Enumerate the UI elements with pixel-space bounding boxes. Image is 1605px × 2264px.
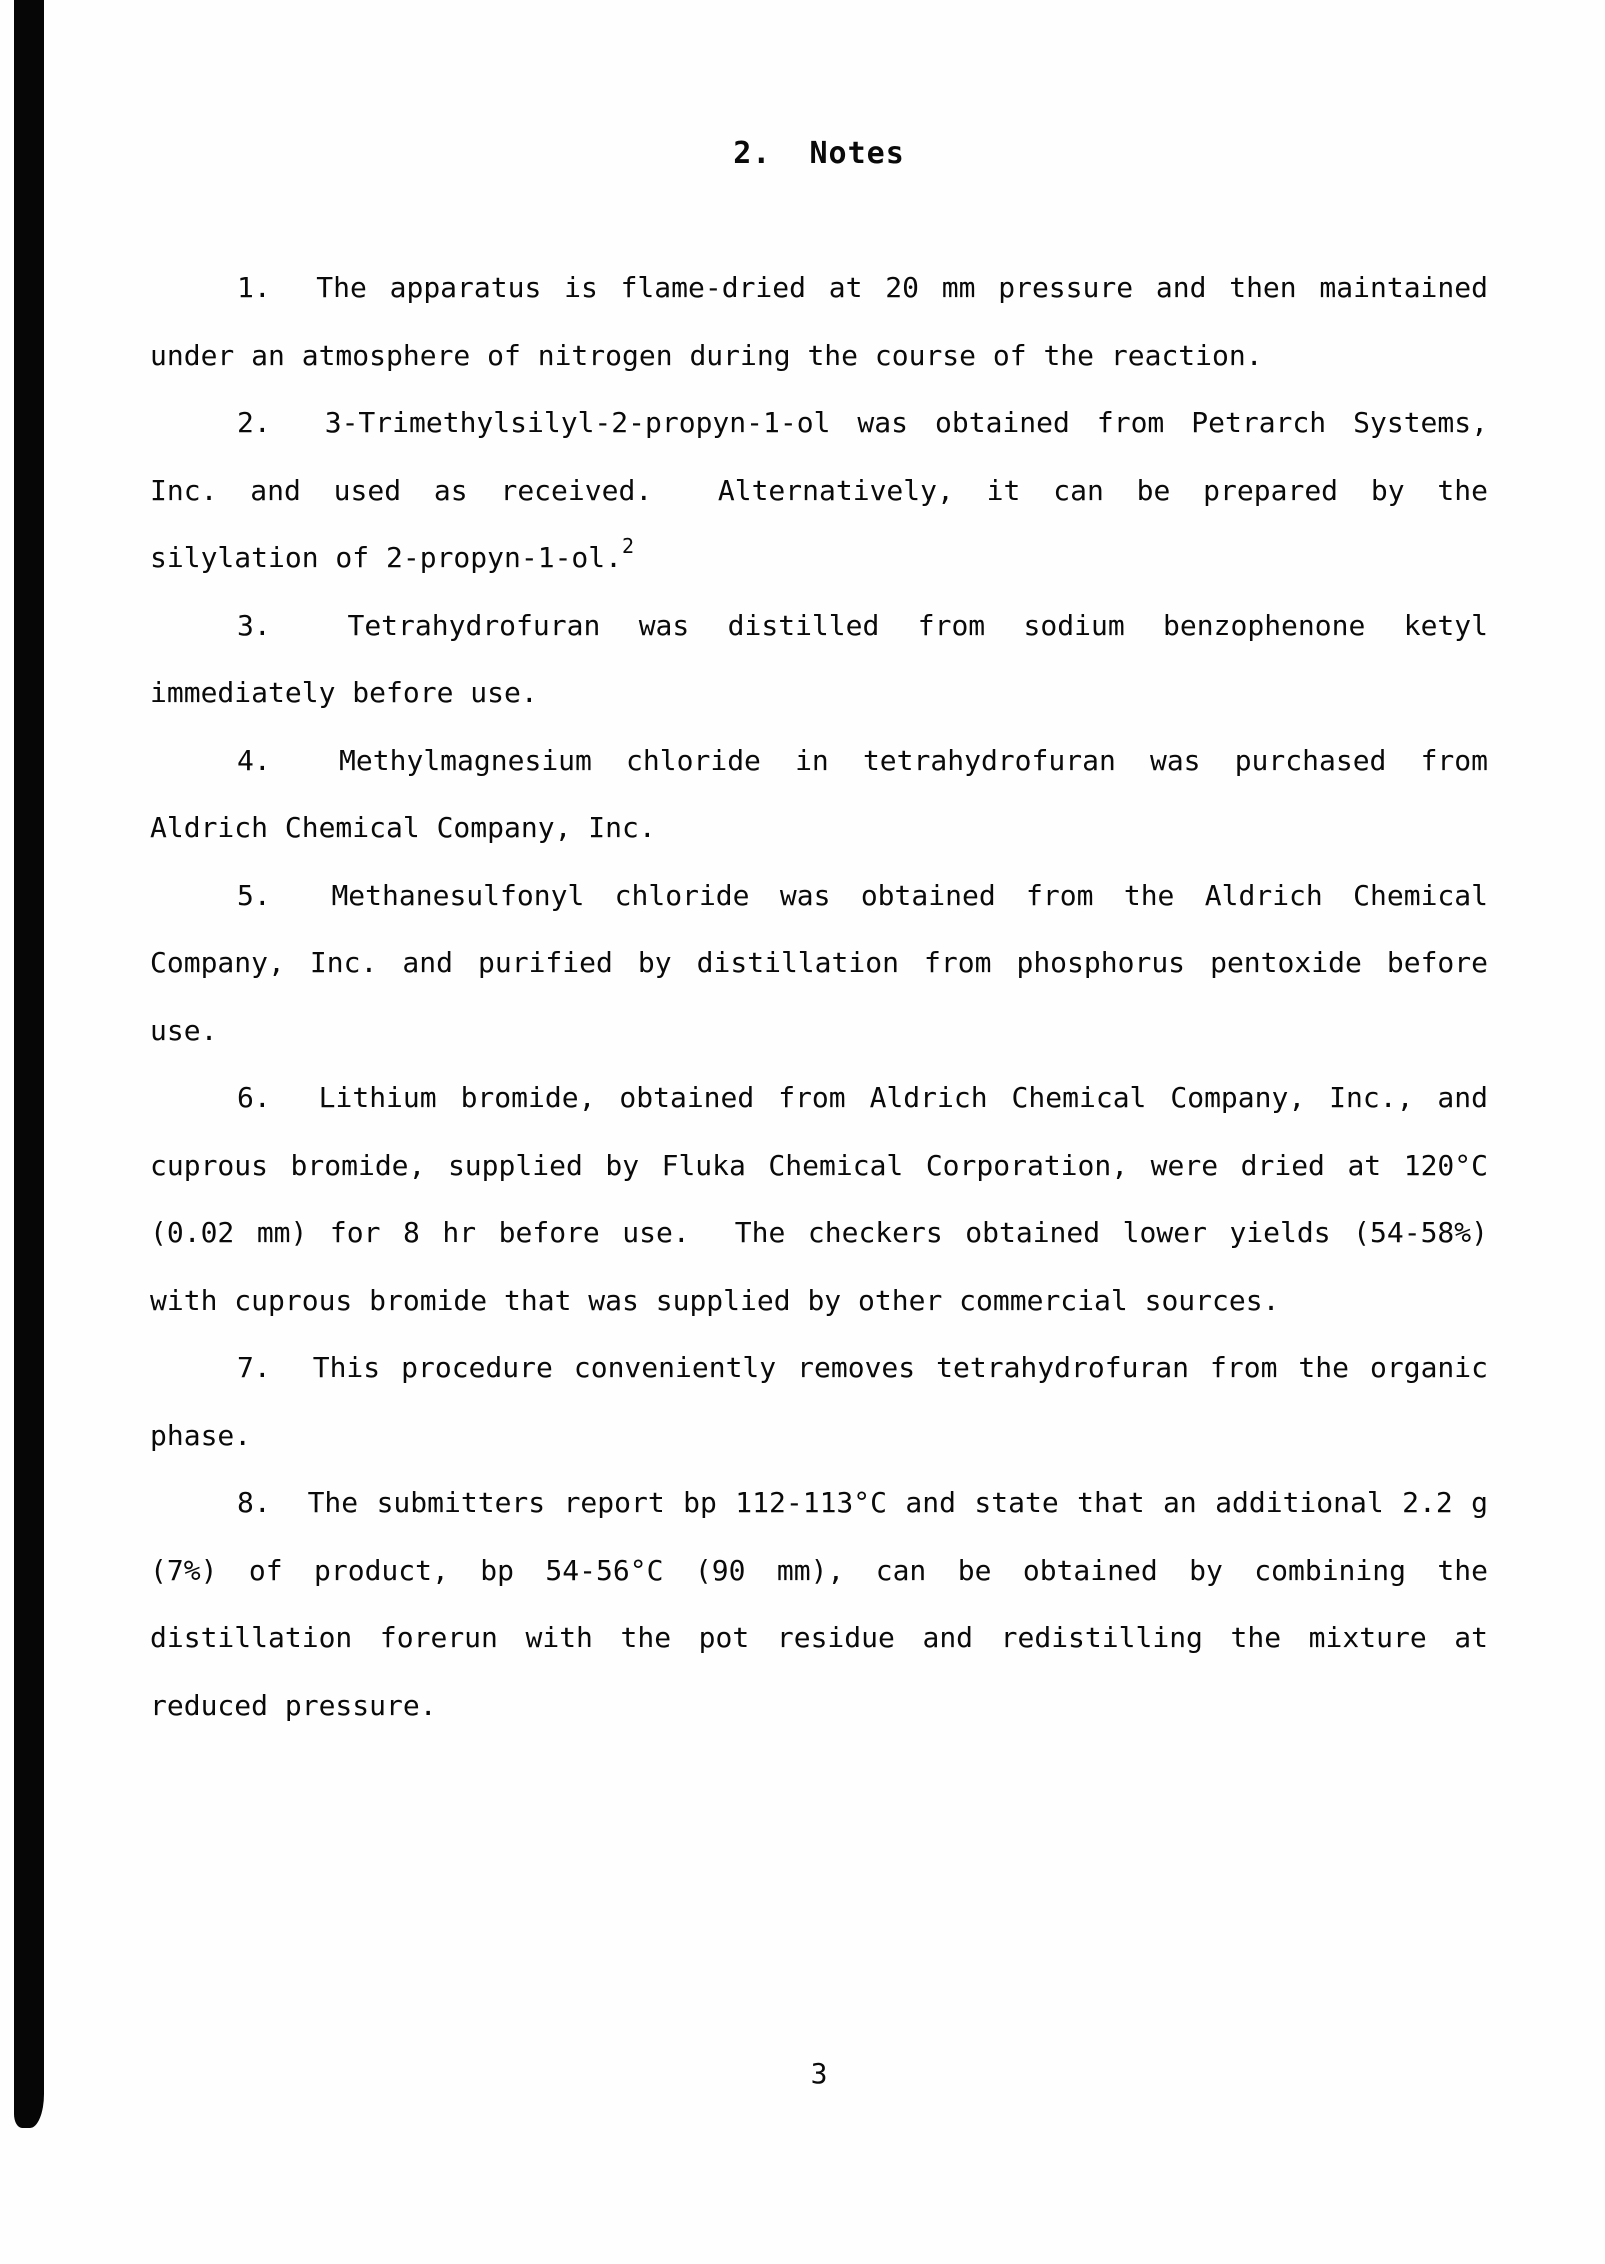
note-line: with cuprous bromide that was supplied b… [150,1267,1488,1335]
footnote-reference: 2 [622,534,634,558]
note-line: 4. Methylmagnesium chloride in tetrahydr… [150,727,1488,795]
note-line-text: silylation of 2-propyn-1-ol. [150,541,622,574]
note-line: Aldrich Chemical Company, Inc. [150,794,1488,862]
document-page: 2. Notes 1. The apparatus is flame-dried… [150,0,1488,2264]
note-line: phase. [150,1402,1488,1470]
note-line: (7%) of product, bp 54-56°C (90 mm), can… [150,1537,1488,1605]
note-line: use. [150,997,1488,1065]
scan-edge-artifact [14,0,44,2128]
note-line: Company, Inc. and purified by distillati… [150,929,1488,997]
note-line: 3. Tetrahydrofuran was distilled from so… [150,592,1488,660]
notes-section: 1. The apparatus is flame-dried at 20 mm… [150,254,1488,1739]
note-line: 8. The submitters report bp 112-113°C an… [150,1469,1488,1537]
note-line: distillation forerun with the pot residu… [150,1604,1488,1672]
note-line: (0.02 mm) for 8 hr before use. The check… [150,1199,1488,1267]
note-line: 1. The apparatus is flame-dried at 20 mm… [150,254,1488,322]
note-line: Inc. and used as received. Alternatively… [150,457,1488,525]
note-line: 2. 3-Trimethylsilyl-2-propyn-1-ol was ob… [150,389,1488,457]
note-line: under an atmosphere of nitrogen during t… [150,322,1488,390]
note-line: reduced pressure. [150,1672,1488,1740]
note-line: immediately before use. [150,659,1488,727]
note-line: 5. Methanesulfonyl chloride was obtained… [150,862,1488,930]
note-line: 7. This procedure conveniently removes t… [150,1334,1488,1402]
page-heading: 2. Notes [150,136,1488,172]
note-line: 6. Lithium bromide, obtained from Aldric… [150,1064,1488,1132]
page-number: 3 [150,2057,1488,2091]
note-line: silylation of 2-propyn-1-ol.2 [150,524,1488,592]
note-line: cuprous bromide, supplied by Fluka Chemi… [150,1132,1488,1200]
